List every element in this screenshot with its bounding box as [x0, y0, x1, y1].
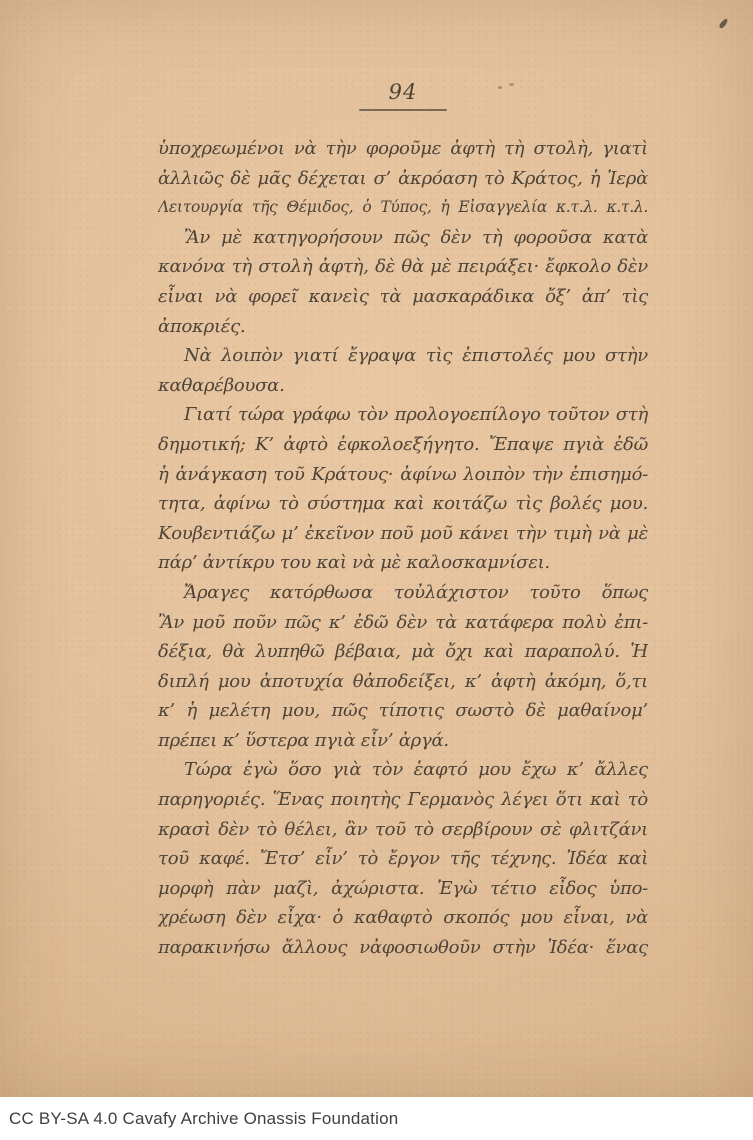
text-line: κανόνα τὴ στολὴ ἀφτὴ, δὲ θὰ μὲ πειράξει·…: [158, 252, 648, 282]
text-line: κ’ ἡ μελέτη μου, πῶς τίποτις σωστὸ δὲ μα…: [158, 696, 648, 726]
scanned-book-page: 94 ὑποχρεωμένοι νὰ τὴν φοροῦμε ἀφτὴ τὴ σ…: [0, 0, 753, 1097]
text-line: Κουβεντιάζω μ’ ἐκεῖνον ποῦ μοῦ κάνει τὴν…: [158, 519, 648, 549]
text-line: ἡ ἀνάγκαση τοῦ Κράτους· ἀφίνω λοιπὸν τὴν…: [158, 460, 648, 490]
paper-speck: [718, 18, 729, 30]
page-text-block: ὑποχρεωμένοι νὰ τὴν φοροῦμε ἀφτὴ τὴ στολ…: [158, 134, 648, 963]
text-line: δέξια, θὰ λυπηθῶ βέβαια, μὰ ὄχι καὶ παρα…: [158, 637, 648, 667]
text-line: Ἂν μὲ κατηγορήσουν πῶς δὲν τὴ φοροῦσα κα…: [158, 223, 648, 253]
text-line: Λειτουργία τῆς Θέμιδος, ὁ Τύπος, ἡ Εἰσαγ…: [158, 193, 648, 223]
text-line: ὑποχρεωμένοι νὰ τὴν φοροῦμε ἀφτὴ τὴ στολ…: [158, 134, 648, 164]
text-line: τητα, ἀφίνω τὸ σύστημα καὶ κοιτάζω τὶς β…: [158, 489, 648, 519]
text-line: ἀποκριές.: [158, 312, 648, 342]
text-line: μορφὴ πὰν μαζὶ, ἀχώριστα. Ἐγὼ τέτιο εἶδο…: [158, 874, 648, 904]
text-line: τοῦ καφέ. Ἔτσ’ εἶν’ τὸ ἔργον τῆς τέχνης.…: [158, 844, 648, 874]
paper-speck: [498, 86, 502, 89]
text-line: κρασὶ δὲν τὸ θέλει, ἂν τοῦ τὸ σερβίρουν …: [158, 815, 648, 845]
text-line: Τώρα ἐγὼ ὅσο γιὰ τὸν ἑαφτό μου ἔχω κ’ ἄλ…: [158, 755, 648, 785]
page-header: 94: [158, 80, 648, 111]
page-number: 94: [158, 80, 648, 104]
license-bar: CC BY-SA 4.0 Cavafy Archive Onassis Foun…: [0, 1097, 753, 1140]
text-line: δημοτική; Κ’ ἀφτὸ ἐφκολοεξήγητο. Ἔπαψε π…: [158, 430, 648, 460]
text-line: Νὰ λοιπὸν γιατί ἔγραψα τὶς ἐπιστολές μου…: [158, 341, 648, 371]
text-line: χρέωση δὲν εἶχα· ὁ καθαφτὸ σκοπός μου εἶ…: [158, 903, 648, 933]
text-line: καθαρέβουσα.: [158, 371, 648, 401]
text-line: πρέπει κ’ ὕστερα πγιὰ εἶν’ ἀργά.: [158, 726, 648, 756]
text-line: παρακινήσω ἄλλους νἀφοσιωθοῦν στὴν Ἰδέα·…: [158, 933, 648, 963]
text-line: Ἄραγες κατόρθωσα τοὐλάχιστον τοῦτο ὅπως …: [158, 578, 648, 608]
page-number-underline: [359, 109, 447, 111]
text-line: παρηγοριές. Ἕνας ποιητὴς Γερμανὸς λέγει …: [158, 785, 648, 815]
paper-speck: [509, 83, 514, 86]
text-line: ἀλλιῶς δὲ μᾶς δέχεται σ’ ἀκρόαση τὸ Κράτ…: [158, 164, 648, 194]
text-line: εἶναι νὰ φορεῖ κανεὶς τὰ μασκαράδικα ὄξ’…: [158, 282, 648, 312]
screenshot-root: 94 ὑποχρεωμένοι νὰ τὴν φοροῦμε ἀφτὴ τὴ σ…: [0, 0, 753, 1140]
text-line: διπλή μου ἀποτυχία θἀποδείξει, κ’ ἀφτὴ ἀ…: [158, 667, 648, 697]
text-line: Γιατί τώρα γράφω τὸν προλογοεπίλογο τοῦτ…: [158, 400, 648, 430]
text-line: πάρ’ ἀντίκρυ του καὶ νὰ μὲ καλοσκαμνίσει…: [158, 548, 648, 578]
license-text: CC BY-SA 4.0 Cavafy Archive Onassis Foun…: [0, 1109, 398, 1129]
text-line: Ἂν μοῦ ποῦν πῶς κ’ ἐδῶ δὲν τὰ κατάφερα π…: [158, 608, 648, 638]
